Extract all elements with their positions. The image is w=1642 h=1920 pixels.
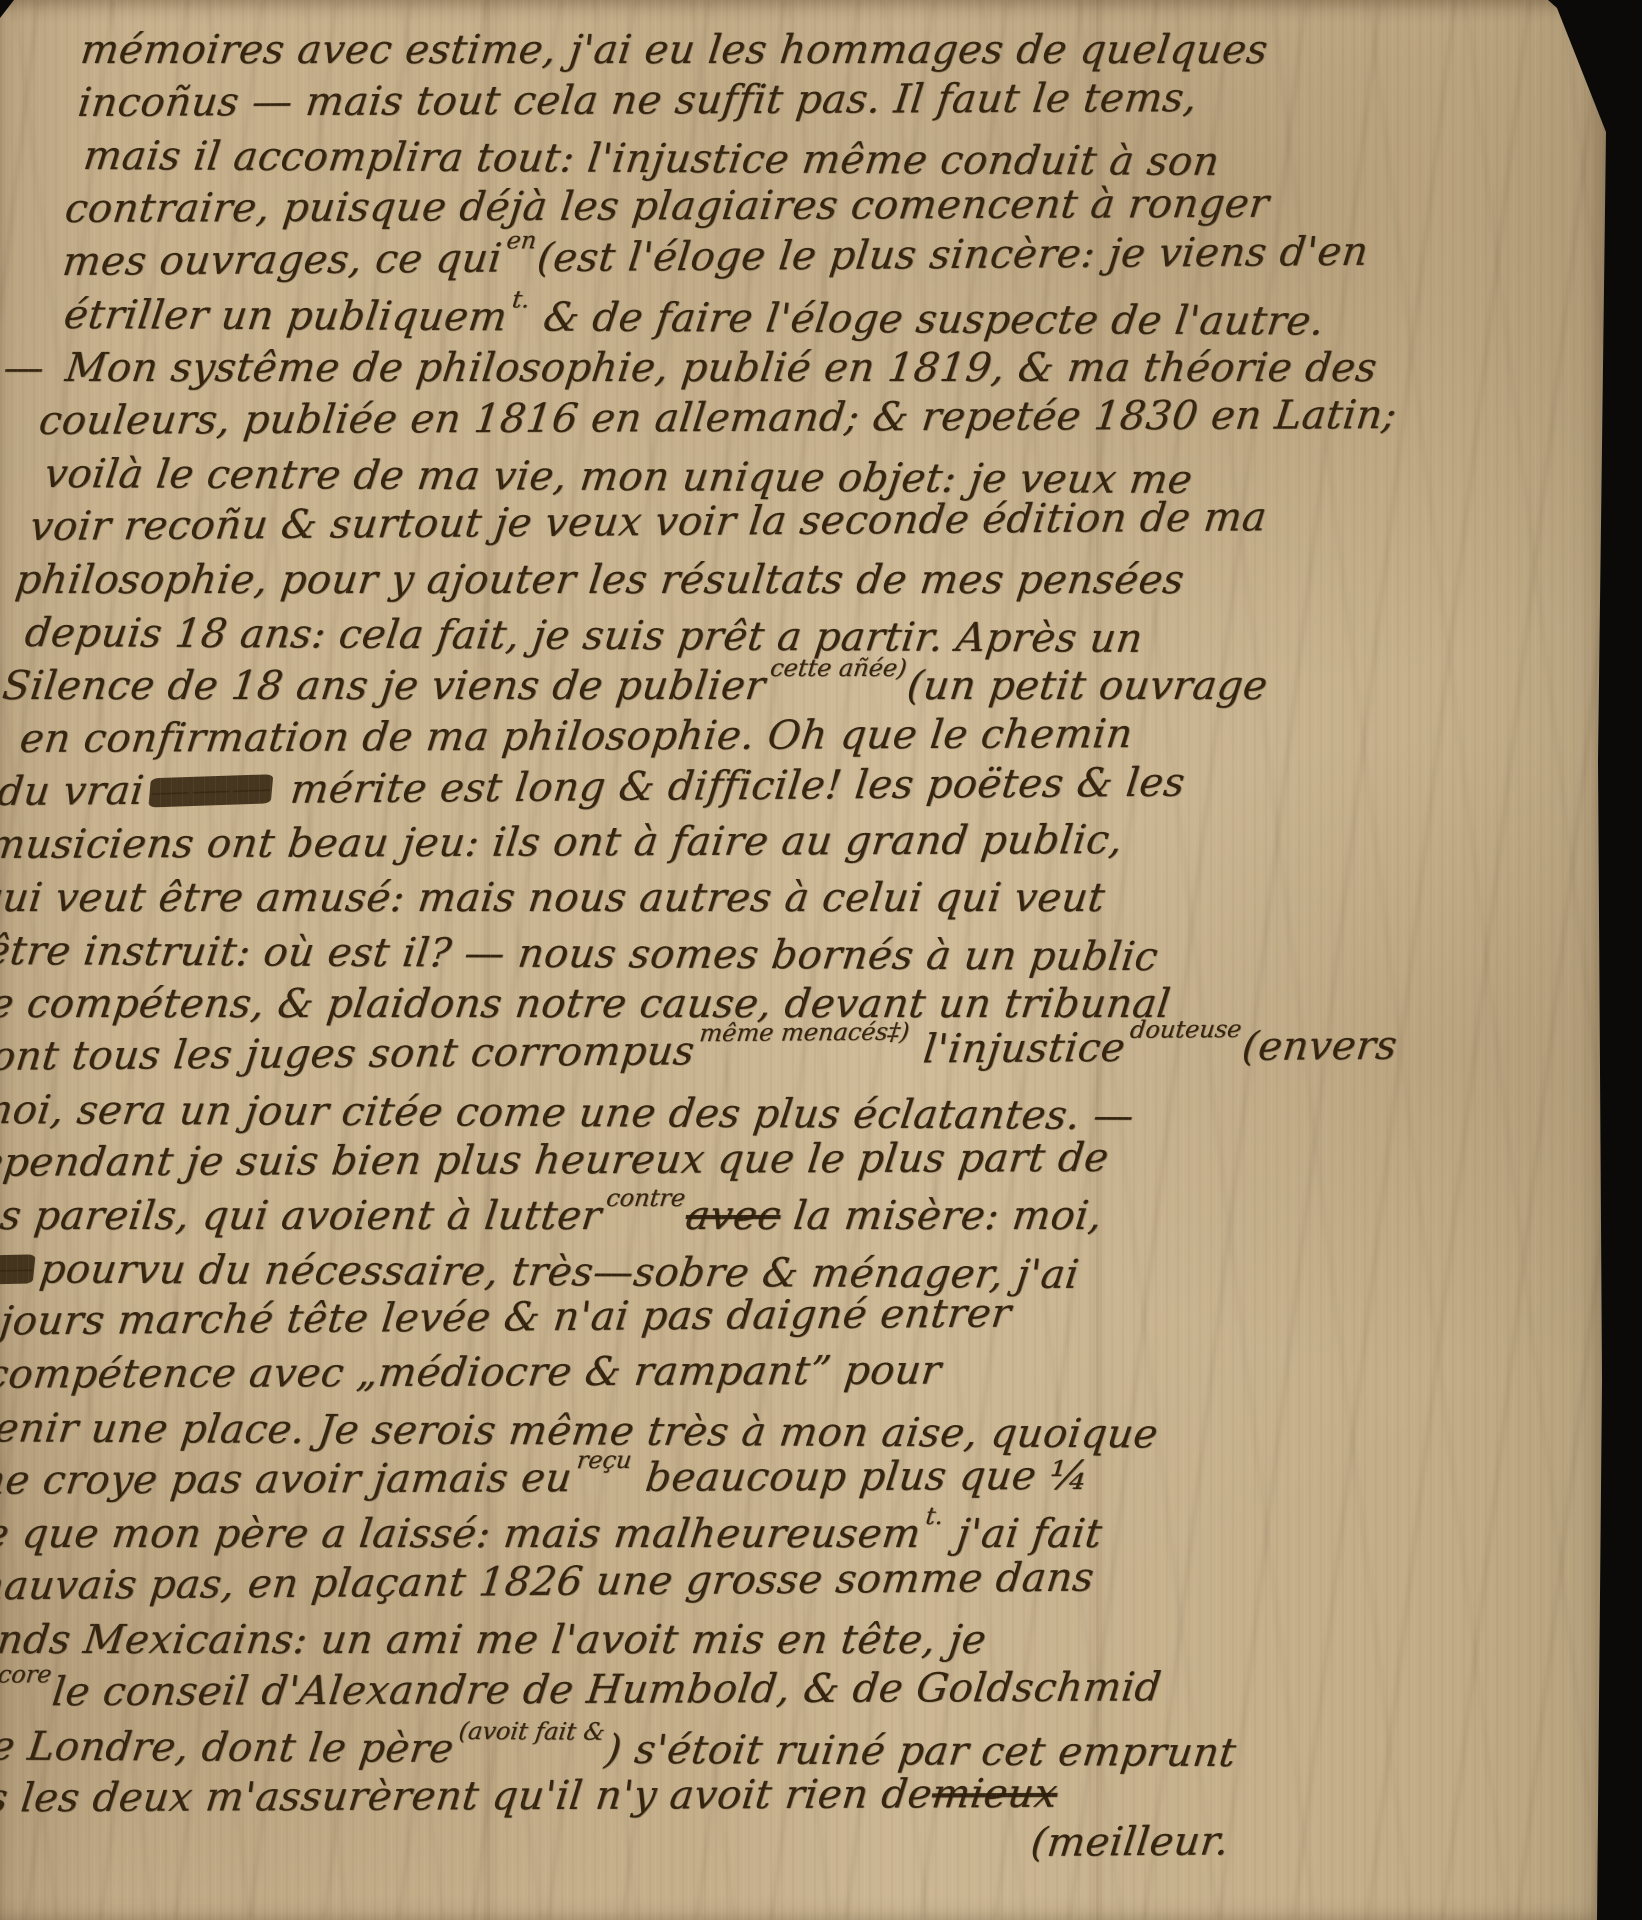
interlinear-insertion: encore [0, 1662, 53, 1686]
manuscript-line: être instruit: où est il? — nous somes b… [0, 925, 1381, 985]
text-segment: dont tous les juges sont corrompus [0, 1028, 697, 1080]
text-segment: mais il accomplira tout: l'injustice mêm… [81, 133, 1222, 185]
manuscript-line: Cependant je suis bien plus heureux que … [0, 1131, 1356, 1190]
interlinear-insertion: même menacés‡) [698, 1020, 911, 1046]
interlinear-insertion: t. [924, 1504, 944, 1528]
text-segment: de compétens, & plaidons notre cause, de… [0, 981, 1173, 1027]
manuscript-line: philosophie, pour y ajouter les résultat… [12, 554, 1427, 607]
text-segment: toujours marché tête levée & n'ai pas da… [0, 1291, 1014, 1345]
text-segment: être instruit: où est il? — nous somes b… [0, 928, 1161, 980]
manuscript-line: prisencorele conseil d'Alexandre de Humb… [0, 1661, 1291, 1720]
manuscript-line: —Mon systême de philosophie, publié en 1… [62, 342, 1453, 395]
text-segment: de ce que mon père a laissé: mais malheu… [0, 1511, 923, 1557]
manuscript-line: (meilleur. [0, 1815, 1272, 1879]
struck-out-text: avec [683, 1193, 783, 1239]
text-segment: (un petit ouvrage [905, 663, 1271, 709]
text-segment: un mauvais pas, en plaçant 1826 une gros… [0, 1555, 1096, 1610]
text-segment: voir recoñu & surtout je veux voir la se… [28, 494, 1270, 550]
interlinear-insertion: (avoit fait & [457, 1719, 606, 1744]
manuscript-line: un mauvais pas, en plaçant 1826 une gros… [0, 1550, 1304, 1614]
manuscript-line: en compétence avec „médiocre & rampant” … [0, 1343, 1330, 1402]
interlinear-insertion: contre [605, 1186, 687, 1210]
text-segment: moi, sera un jour citée come une des plu… [0, 1087, 1137, 1139]
manuscript-line: qui veut être amusé: mais nous autres à … [0, 872, 1388, 925]
text-segment: qui veut être amusé: mais nous autres à … [0, 875, 1107, 921]
interlinear-insertion: en [505, 228, 537, 252]
manuscript-line: dont tous les juges sont corrompusmême m… [0, 1020, 1369, 1084]
manuscript-line: mes pareils, qui avoient à luttercontrea… [0, 1190, 1349, 1243]
text-segment: en compétence avec „médiocre & rampant” … [0, 1348, 944, 1398]
text-segment: incoñus — mais tout cela ne suffit pas. … [76, 75, 1200, 126]
manuscript-line: mes ouvrages, ce quien(est l'éloge le pl… [60, 225, 1467, 289]
letter-page: mémoires avec estime, j'ai eu les hommag… [0, 0, 1612, 1920]
text-segment: philosophie, pour y ajouter les résultat… [13, 557, 1187, 603]
text-segment: mérite est long & difficile! les poëtes … [275, 760, 1188, 813]
margin-mark: — [0, 342, 47, 395]
manuscript-line: toujours marché tête levée & n'ai pas da… [0, 1285, 1337, 1349]
manuscript-line: depuis 18 ans: cela fait, je suis prêt a… [22, 607, 1420, 667]
manuscript-line: Silence de 18 ans je viens de publiercet… [0, 660, 1414, 713]
manuscript-line: incoñus — mais tout cela ne suffit pas. … [75, 71, 1486, 130]
text-segment: Cependant je suis bien plus heureux que … [0, 1135, 1111, 1186]
text-segment: musiciens ont beau jeu: ils ont à faire … [0, 817, 1125, 868]
text-segment: Mon systême de philosophie, publié en 18… [63, 345, 1380, 391]
text-segment: l'injustice [908, 1025, 1128, 1073]
text-segment: & tous les deux m'assurèrent qu'il n'y a… [0, 1771, 935, 1822]
scan-background: { "document": { "type": "handwritten-let… [0, 0, 1642, 1920]
text-segment: contraire, puisque déjà les plagiaires c… [63, 181, 1272, 232]
text-segment: depuis 18 ans: cela fait, je suis prêt a… [22, 610, 1145, 662]
text-segment: les fonds Mexicains: un ami me l'avoit m… [0, 1617, 989, 1663]
interlinear-insertion: t. [511, 287, 531, 311]
manuscript-line: je ne croye pas avoir jamais eureçu beau… [0, 1449, 1317, 1508]
manuscript-line: musiciens ont beau jeu: ils ont à faire … [0, 813, 1395, 872]
ink-blot: —— [0, 1254, 36, 1285]
manuscript-line: les fonds Mexicains: un ami me l'avoit m… [0, 1614, 1297, 1667]
manuscript-line: étriller un publiquemt. & de faire l'élo… [61, 289, 1459, 349]
text-segment: (envers [1240, 1023, 1400, 1070]
text-segment: étriller un publiquem [61, 292, 510, 340]
text-segment: & de faire l'éloge suspecte de l'autre. [527, 294, 1327, 344]
text-segment: mes pareils, qui avoient à lutter [0, 1193, 604, 1239]
text-segment: en confirmation de ma philosophie. Oh qu… [17, 711, 1135, 762]
manuscript-line: mémoires avec estime, j'ai eu les hommag… [77, 24, 1492, 77]
text-segment: couleurs, publiée en 1816 en allemand; &… [37, 392, 1400, 444]
text-segment: je ne croye pas avoir jamais eu [0, 1455, 575, 1504]
text-segment: du vrai [0, 768, 146, 815]
text-segment: fils de Londre, dont le père [0, 1723, 457, 1772]
text-segment: le conseil d'Alexandre de Humbold, & de … [50, 1664, 1164, 1715]
manuscript-line: couleurs, publiée en 1816 en allemand; &… [36, 389, 1447, 448]
text-segment: mes ouvrages, ce qui [60, 236, 504, 285]
text-segment: Silence de 18 ans je viens de publier [0, 663, 768, 709]
text-segment: j'ai fait [941, 1511, 1105, 1557]
text-segment: la misère: moi, [778, 1193, 1105, 1239]
text-segment: (est l'éloge le plus sincère: je viens d… [535, 229, 1371, 282]
manuscript-line: voir recoñu & surtout je veux voir la se… [27, 490, 1434, 554]
manuscript-text: mémoires avec estime, j'ai eu les hommag… [0, 24, 1492, 1879]
text-segment: (meilleur. [1029, 1818, 1232, 1866]
struck-out-text: mieux [929, 1771, 1060, 1818]
text-segment: mémoires avec estime, j'ai eu les hommag… [78, 27, 1270, 73]
interlinear-insertion: douteuse [1129, 1017, 1243, 1042]
manuscript-line: du vrai——— mérite est long & difficile! … [0, 755, 1402, 819]
ink-blot: ——— [148, 774, 273, 807]
text-segment: beaucoup plus que ¼ [630, 1453, 1092, 1501]
interlinear-insertion: reçu [576, 1448, 633, 1472]
interlinear-insertion: cette añée) [769, 656, 908, 680]
